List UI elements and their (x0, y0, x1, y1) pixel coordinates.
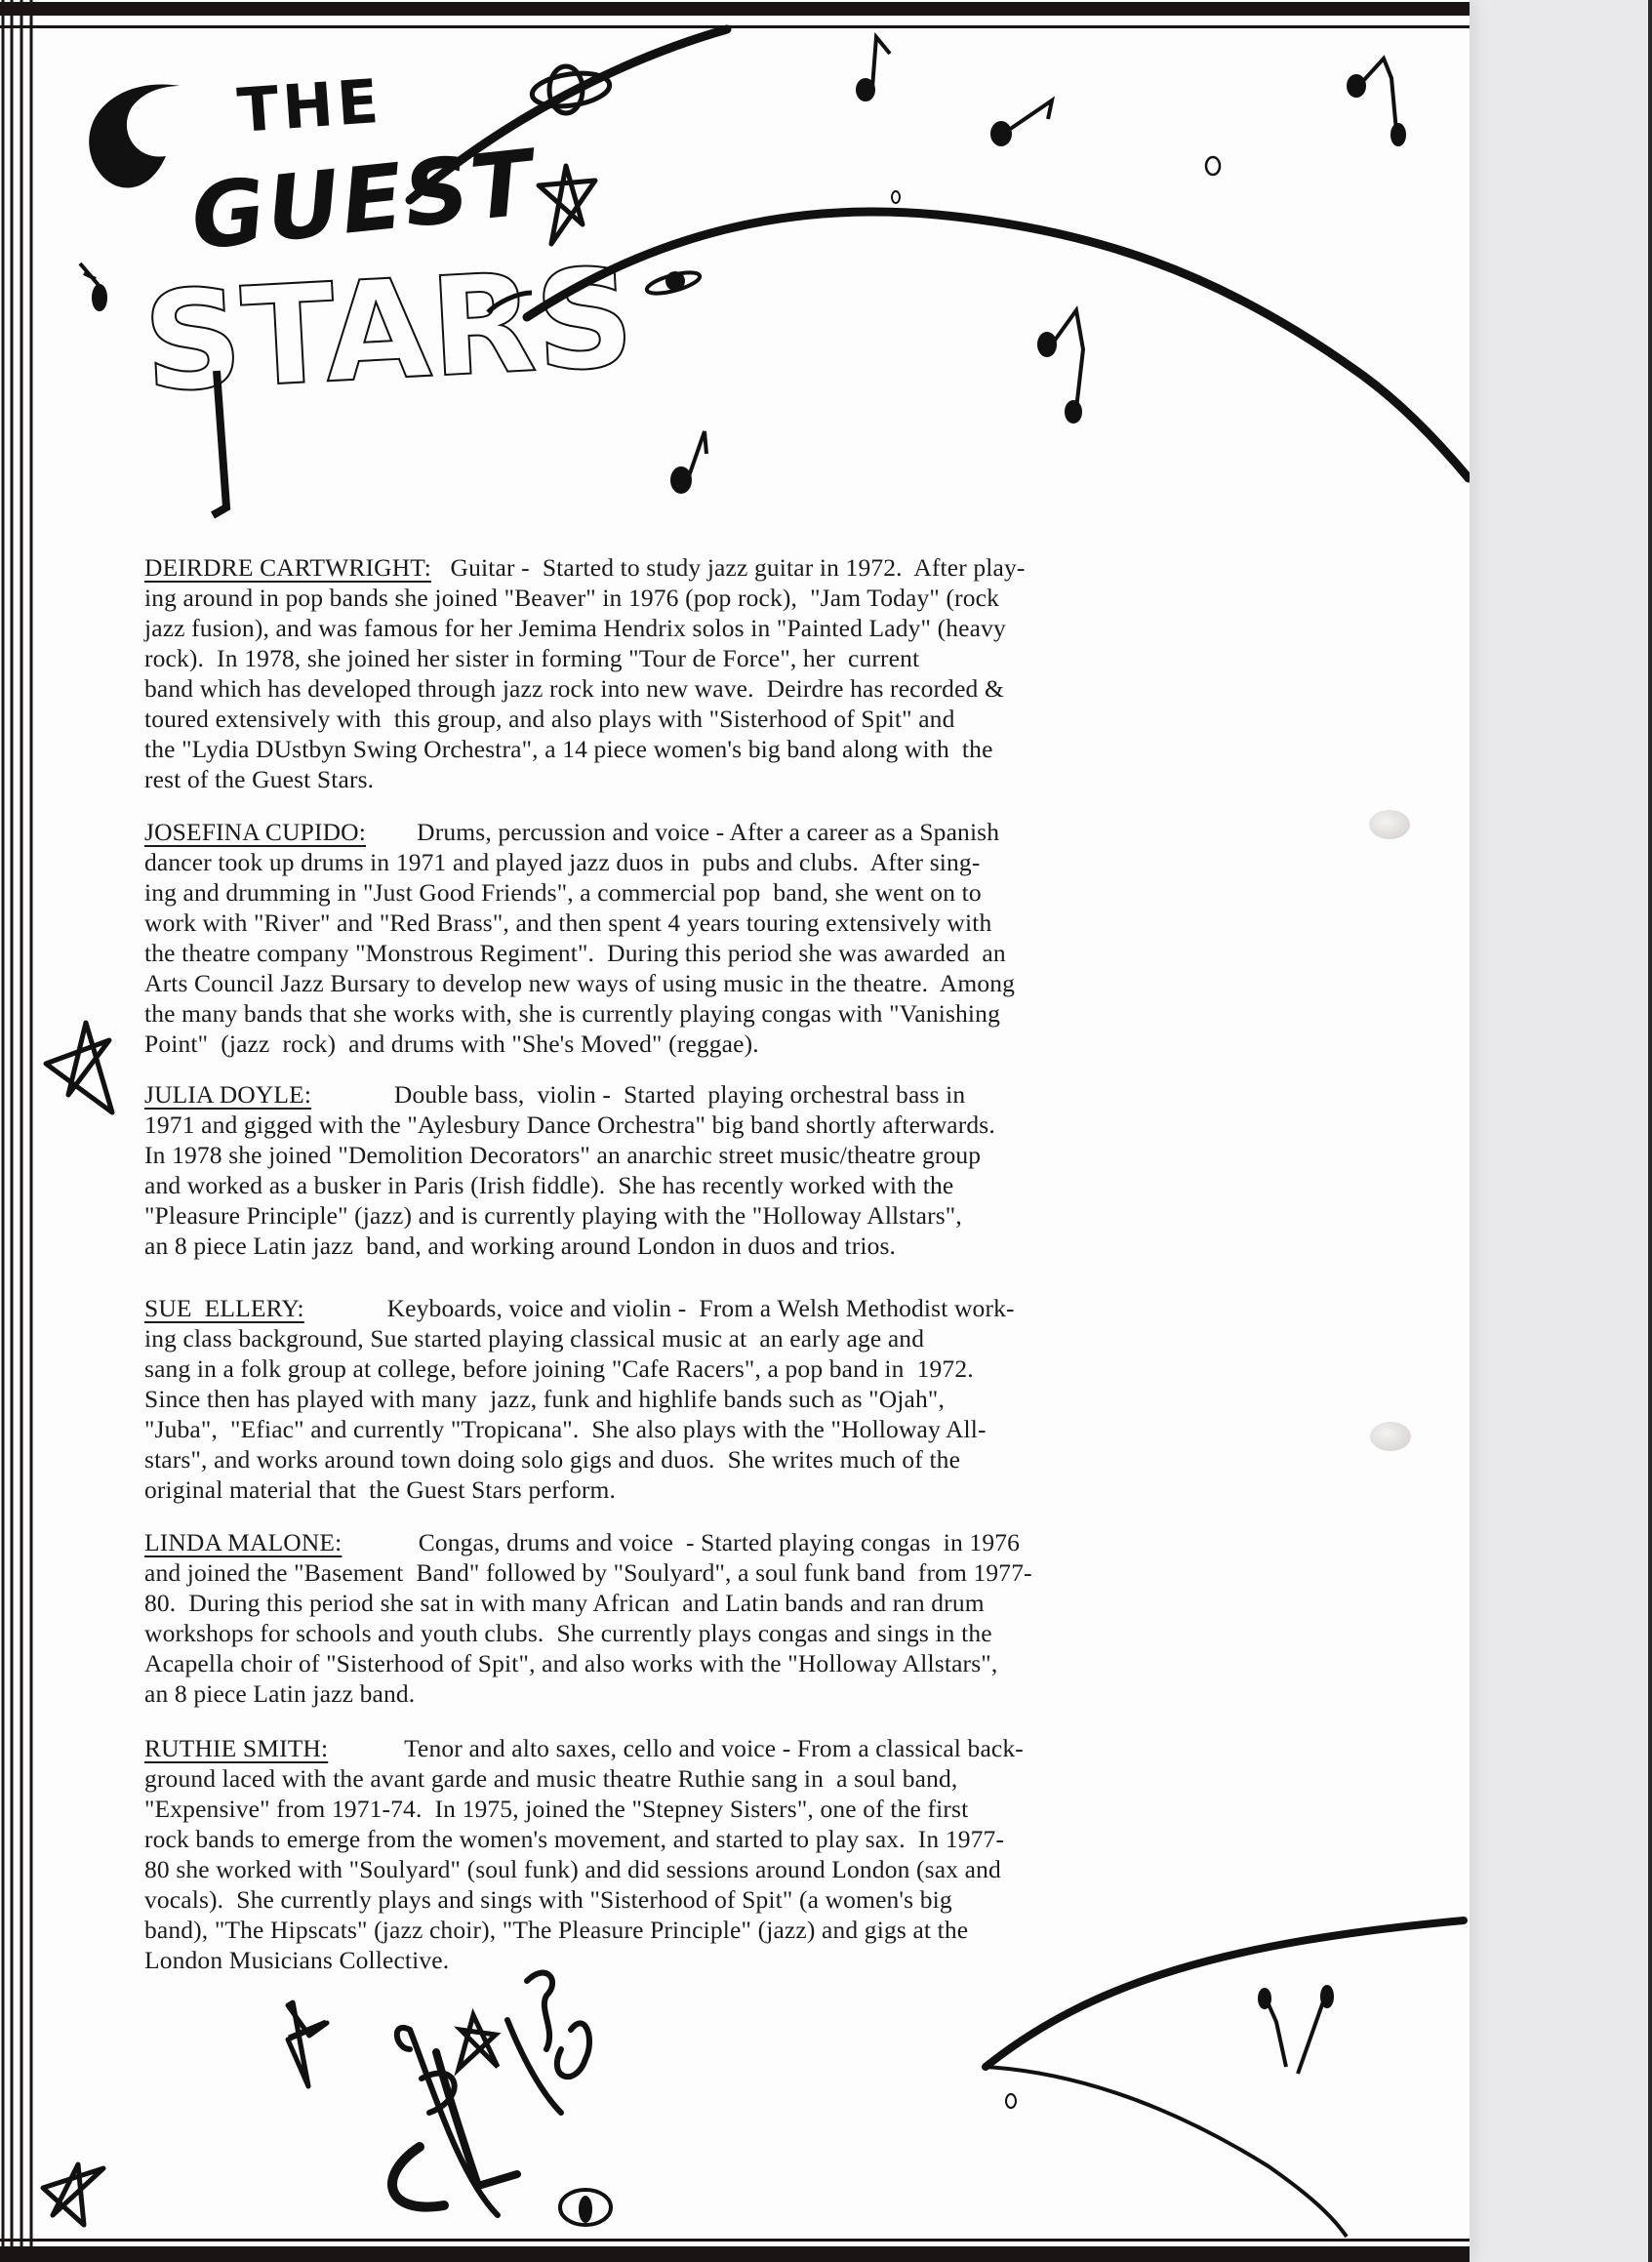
swoosh-lower (527, 212, 1469, 478)
bio-line: sang in a folk group at college, before … (144, 1353, 1374, 1384)
planet-ringed-icon (530, 66, 612, 113)
music-note-icon (1260, 1987, 1332, 2074)
top-border (0, 2, 1470, 28)
bio-line: the theatre company "Monstrous Regiment"… (144, 938, 1374, 968)
bio-name: JULIA DOYLE: (144, 1079, 311, 1110)
scanner-bed-edge (1648, 0, 1652, 2262)
title-guest: GUEST (186, 130, 544, 270)
bio-line: jazz fusion), and was famous for her Jem… (144, 613, 1374, 643)
title-stars: STARS (140, 239, 637, 424)
title-the: THE (235, 65, 384, 146)
bio-line: stars", and works around town doing solo… (144, 1444, 1374, 1474)
star-icon (288, 2002, 327, 2086)
bio-line: an 8 piece Latin jazz band, and working … (144, 1231, 1374, 1261)
bio-line: ing and drumming in "Just Good Friends",… (144, 877, 1374, 908)
title-descender (213, 371, 226, 515)
bio-line: rock bands to emerge from the women's mo… (144, 1824, 1374, 1854)
bio-line: band), "The Hipscats" (jazz choir), "The… (144, 1915, 1374, 1945)
bio-line: rock). In 1978, she joined her sister in… (144, 643, 1374, 673)
bio-line: work with "River" and "Red Brass", and t… (144, 908, 1374, 938)
bio-line: Since then has played with many jazz, fu… (144, 1384, 1374, 1414)
planet-bottom-icon (560, 2190, 611, 2225)
bio-line: ing around in pop bands she joined "Beav… (144, 583, 1374, 613)
bio-line: 1971 and gigged with the "Aylesbury Danc… (144, 1110, 1374, 1140)
music-note-icon (992, 101, 1052, 144)
bio-name: JOSEFINA CUPIDO: (144, 817, 366, 847)
bio-name: RUTHIE SMITH: (144, 1733, 328, 1763)
bio-line: Drums, percussion and voice - After a ca… (366, 818, 999, 846)
play-lettering (392, 1973, 589, 2215)
bio-line: Congas, drums and voice - Started playin… (342, 1528, 1020, 1556)
star-icon (539, 166, 595, 244)
bio-line: Point" (jazz rock) and drums with "She's… (144, 1029, 1374, 1059)
bio-line: Guitar - Started to study jazz guitar in… (431, 553, 1026, 582)
bio-name: DEIRDRE CARTWRIGHT: (144, 552, 431, 583)
music-note-icon (1349, 59, 1404, 144)
bio-name: SUE ELLERY: (144, 1293, 304, 1323)
punch-hole (1370, 1422, 1411, 1451)
bio-line: 80 she worked with "Soulyard" (soul funk… (144, 1854, 1374, 1884)
bubble-icon (1006, 2094, 1016, 2108)
left-border (3, 0, 31, 2262)
bio-ruthie-smith: RUTHIE SMITH: Tenor and alto saxes, cell… (144, 1733, 1374, 1975)
bubble-icon (1206, 157, 1220, 175)
bio-name: LINDA MALONE: (144, 1527, 342, 1557)
bio-line: the "Lydia DUstbyn Swing Orchestra", a 1… (144, 734, 1374, 764)
bio-line: workshops for schools and youth clubs. S… (144, 1618, 1374, 1648)
bio-line: Keyboards, voice and violin - From a Wel… (304, 1294, 1015, 1322)
bio-line: an 8 piece Latin jazz band. (144, 1678, 1374, 1709)
star-icon (46, 1023, 112, 1112)
music-note-icon (858, 37, 890, 100)
planet-small-icon (645, 268, 702, 298)
music-note-icon (80, 263, 105, 309)
bio-line: original material that the Guest Stars p… (144, 1474, 1374, 1505)
bio-line: band which has developed through jazz ro… (144, 673, 1374, 704)
swoosh-upper (410, 29, 727, 200)
document-page: THE GUEST STARS (0, 0, 1470, 2262)
bio-line: and joined the "Basement Band" followed … (144, 1557, 1374, 1588)
bio-line: rest of the Guest Stars. (144, 764, 1374, 794)
bio-line: and worked as a busker in Paris (Irish f… (144, 1170, 1374, 1200)
bottom-border (0, 2239, 1470, 2262)
bio-line: ing class background, Sue started playin… (144, 1323, 1374, 1353)
swoosh-from-title (488, 293, 532, 312)
bio-line: the many bands that she works with, she … (144, 998, 1374, 1029)
bio-line: toured extensively with this group, and … (144, 704, 1374, 734)
bio-line: ground laced with the avant garde and mu… (144, 1763, 1374, 1794)
bio-line: vocals). She currently plays and sings w… (144, 1884, 1374, 1915)
star-icon (43, 2164, 103, 2225)
bio-line: In 1978 she joined "Demolition Decorator… (144, 1140, 1374, 1170)
bio-josefina-cupido: JOSEFINA CUPIDO: Drums, percussion and v… (144, 817, 1374, 1059)
music-note-icon (672, 431, 706, 492)
bio-linda-malone: LINDA MALONE: Congas, drums and voice - … (144, 1527, 1374, 1709)
punch-hole (1369, 810, 1410, 839)
bubble-icon (892, 191, 900, 203)
bio-line: Tenor and alto saxes, cello and voice - … (328, 1734, 1024, 1762)
title-lettering: THE GUEST STARS (140, 65, 637, 424)
bio-line: "Juba", "Efiac" and currently "Tropicana… (144, 1414, 1374, 1444)
swoosh-bottom-lower (986, 2067, 1347, 2237)
bio-julia-doyle: JULIA DOYLE: Double bass, violin - Start… (144, 1079, 1374, 1261)
bio-line: 80. During this period she sat in with m… (144, 1588, 1374, 1618)
bio-line: Double bass, violin - Started playing or… (311, 1080, 965, 1109)
bio-line: Arts Council Jazz Bursary to develop new… (144, 968, 1374, 998)
music-note-icon (1039, 310, 1083, 422)
bio-line: "Pleasure Principle" (jazz) and is curre… (144, 1200, 1374, 1231)
crescent-moon-icon (89, 85, 181, 188)
bio-line: Acapella choir of "Sisterhood of Spit", … (144, 1648, 1374, 1678)
bio-line: "Expensive" from 1971-74. In 1975, joine… (144, 1794, 1374, 1824)
bio-sue-ellery: SUE ELLERY: Keyboards, voice and violin … (144, 1293, 1374, 1505)
bio-deirdre-cartwright: DEIRDRE CARTWRIGHT: Guitar - Started to … (144, 552, 1374, 794)
bio-line: London Musicians Collective. (144, 1945, 1374, 1975)
bio-line: dancer took up drums in 1971 and played … (144, 847, 1374, 877)
